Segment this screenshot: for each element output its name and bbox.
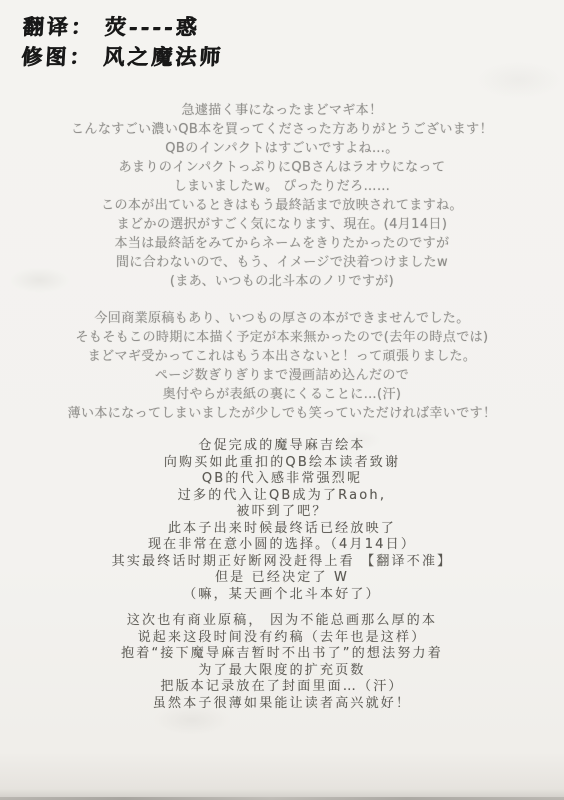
translation-credits: 翻译：荧----惑 修图：风之魔法师: [20, 12, 225, 72]
japanese-line: こんなすごい濃いQB本を買ってくださった方ありがとうございます！: [0, 120, 564, 139]
japanese-line: そもそもこの時期に本描く予定が本来無かったので(去年の時点では): [0, 328, 564, 347]
japanese-line: 薄い本になってしまいましたが少しでも笑っていただければ幸いです！: [0, 404, 564, 423]
chinese-line: 向购买如此重扣的QB绘本读者致谢: [0, 455, 564, 472]
translator-label: 翻译：: [22, 14, 95, 39]
paragraph-gap: [0, 291, 564, 309]
chinese-line: 过多的代入让QB成为了Raoh,: [0, 488, 564, 505]
japanese-line: ページ数ぎりぎりまで漫画詰め込んだので: [0, 366, 564, 385]
japanese-line: まどマギ受かってこれはもう本出さないと！って頑張りました。: [0, 347, 564, 366]
chinese-line: QB的代入感非常强烈呢: [0, 471, 564, 488]
japanese-line: しまいましたw。 ぴったりだろ……: [0, 177, 564, 196]
chinese-line: 抱着“接下魔导麻吉暂时不出书了”的想法努力着: [0, 646, 564, 663]
chinese-line: 但是 已经决定了 W: [0, 570, 564, 587]
japanese-line: 奥付やらが表紙の裏にくることに…(汗): [0, 385, 564, 404]
editor-label: 修图：: [21, 44, 94, 69]
chinese-line: 为了最大限度的扩充页数: [0, 663, 564, 680]
chinese-line: （嘛，某天画个北斗本好了）: [0, 587, 564, 604]
japanese-line: 本当は最終話をみてからネームをきりたかったのですが: [0, 234, 564, 253]
chinese-line: 现在非常在意小圆的选择。（4月14日）: [0, 537, 564, 554]
chinese-translation-text: 仓促完成的魔导麻吉绘本 向购买如此重扣的QB绘本读者致谢 QB的代入感非常强烈呢…: [0, 438, 564, 712]
japanese-line: 間に合わないので、もう、イメージで決着つけましたw: [0, 253, 564, 272]
chinese-line: 这次也有商业原稿， 因为不能总画那么厚的本: [0, 613, 564, 630]
chinese-line: 被吓到了吧？: [0, 504, 564, 521]
japanese-line: あまりのインパクトっぷりにQBさんはラオウになって: [0, 158, 564, 177]
chinese-line: 此本子出来时候最终话已经放映了: [0, 521, 564, 538]
chinese-line: 其实最终话时期正好断网没赶得上看 【翻译不准】: [0, 554, 564, 571]
editor-name: 风之魔法师: [103, 44, 224, 69]
japanese-line: 今回商業原稿もあり、いつもの厚さの本ができませんでした。: [0, 309, 564, 328]
translator-credit: 翻译：荧----惑: [22, 12, 226, 42]
japanese-line: QBのインパクトはすごいですよね…。: [0, 139, 564, 158]
chinese-line: 仓促完成的魔导麻吉绘本: [0, 438, 564, 455]
chinese-line: 说起来这段时间没有约稿（去年也是这样）: [0, 630, 564, 647]
japanese-line: 急遽描く事になったまどマギ本！: [0, 101, 564, 120]
paragraph-gap: [0, 603, 564, 613]
chinese-line: 把版本记录放在了封面里面…（汗）: [0, 679, 564, 696]
japanese-line: まどかの選択がすごく気になります、現在。(4月14日): [0, 215, 564, 234]
chinese-line: 虽然本子很薄如果能让读者高兴就好！: [0, 696, 564, 713]
japanese-afterword-text: 急遽描く事になったまどマギ本！ こんなすごい濃いQB本を買ってくださった方ありが…: [0, 101, 564, 423]
translator-name: 荧----惑: [104, 14, 200, 39]
japanese-line: (まあ、いつもの北斗本のノリですが): [0, 272, 564, 291]
japanese-line: この本が出ているときはもう最終話まで放映されてますね。: [0, 196, 564, 215]
editor-credit: 修图：风之魔法师: [20, 42, 224, 72]
scanned-afterword-page: 翻译：荧----惑 修图：风之魔法师 急遽描く事になったまどマギ本！ こんなすご…: [0, 0, 564, 800]
